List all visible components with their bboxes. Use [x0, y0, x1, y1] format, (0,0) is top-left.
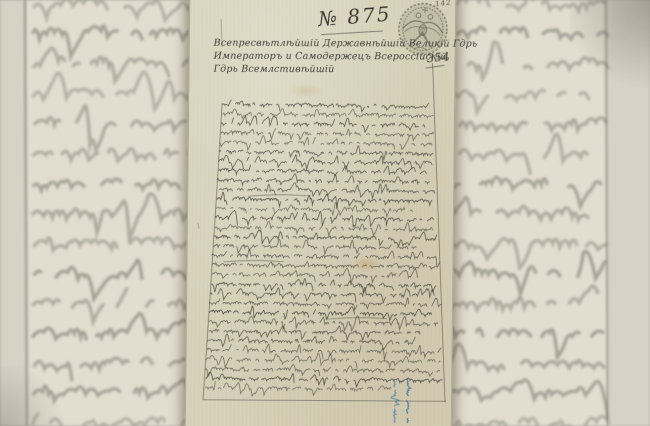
paper-stain — [352, 256, 380, 272]
corner-shadow-top-right — [570, 0, 650, 95]
header-line-3: Гдрь Всемлстивѣйшiй — [214, 63, 442, 77]
margin-number: 354 — [426, 49, 451, 65]
paper-stain — [289, 84, 323, 98]
manuscript-page: 142 № 875 Всепресвѣтлѣйшiй Державнѣйшiй … — [185, 0, 456, 426]
manuscript-photo: 142 № 875 Всепресвѣтлѣйшiй Державнѣйшiй … — [0, 0, 650, 426]
corner-shadow-bottom-left — [0, 366, 70, 426]
header-line-1: Всепресвѣтлѣйшiй Державнѣйшiй Великiй Гд… — [214, 37, 442, 51]
petition-header: Всепресвѣтлѣйшiй Державнѣйшiй Великiй Гд… — [214, 37, 442, 77]
header-line-2: Императоръ и Самодержецъ Всероссiйскiй, — [214, 50, 442, 64]
